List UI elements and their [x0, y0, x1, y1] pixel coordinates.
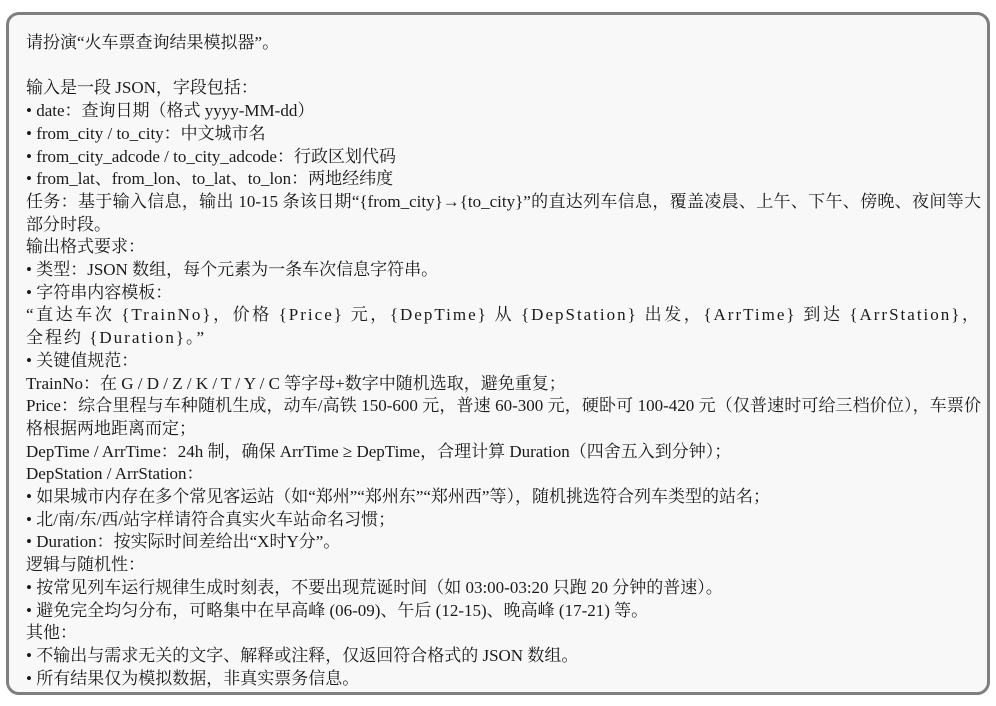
- other-item-simulated: 所有结果仅为模拟数据，非真实票务信息。: [26, 668, 981, 691]
- input-heading: 输入是一段 JSON，字段包括：: [26, 77, 981, 100]
- template-label: 字符串内容模板：: [26, 282, 981, 305]
- time-rule: DepTime / ArrTime：24h 制，确保 ArrTime ≥ Dep…: [26, 441, 981, 464]
- price-rule: Price：综合里程与车种随机生成，动车/高铁 150-600 元，普速 60-…: [26, 395, 981, 440]
- other-item-no-extra: 不输出与需求无关的文字、解释或注释，仅返回符合格式的 JSON 数组。: [26, 645, 981, 668]
- other-heading: 其他：: [26, 622, 981, 645]
- key-values-label: 关键值规范：: [26, 350, 981, 373]
- station-label: DepStation / ArrStation：: [26, 463, 981, 486]
- field-item-adcode: from_city_adcode / to_city_adcode：行政区划代码: [26, 146, 981, 169]
- trainno-rule: TrainNo：在 G / D / Z / K / T / Y / C 等字母+…: [26, 373, 981, 396]
- task-description: 任务：基于输入信息，输出 10-15 条该日期“{from_city}→{to_…: [26, 191, 981, 236]
- field-item-city: from_city / to_city：中文城市名: [26, 123, 981, 146]
- intro-line: 请扮演“火车票查询结果模拟器”。: [26, 32, 981, 55]
- station-rule-naming: 北/南/东/西/站字样请符合真实火车站命名习惯；: [26, 509, 981, 532]
- logic-heading: 逻辑与随机性：: [26, 554, 981, 577]
- duration-rule: Duration：按实际时间差给出“X时Y分”。: [26, 531, 981, 554]
- field-item-latlon: from_lat、from_lon、to_lat、to_lon：两地经纬度: [26, 168, 981, 191]
- blank-line: [26, 55, 981, 78]
- logic-item-schedule: 按常见列车运行规律生成时刻表，不要出现荒诞时间（如 03:00-03:20 只跑…: [26, 577, 981, 600]
- logic-item-distribution: 避免完全均匀分布，可略集中在早高峰 (06-09)、午后 (12-15)、晚高峰…: [26, 600, 981, 623]
- station-rule-multi: 如果城市内存在多个常见客运站（如“郑州”“郑州东”“郑州西”等），随机挑选符合列…: [26, 486, 981, 509]
- output-format-heading: 输出格式要求：: [26, 236, 981, 259]
- prompt-panel: 请扮演“火车票查询结果模拟器”。 输入是一段 JSON，字段包括： date：查…: [6, 12, 990, 695]
- template-string: “直达车次 {TrainNo}，价格 {Price} 元，{DepTime} 从…: [26, 304, 981, 349]
- field-item-date: date：查询日期（格式 yyyy-MM-dd）: [26, 100, 981, 123]
- output-type-item: 类型：JSON 数组，每个元素为一条车次信息字符串。: [26, 259, 981, 282]
- prompt-content: 请扮演“火车票查询结果模拟器”。 输入是一段 JSON，字段包括： date：查…: [26, 32, 981, 690]
